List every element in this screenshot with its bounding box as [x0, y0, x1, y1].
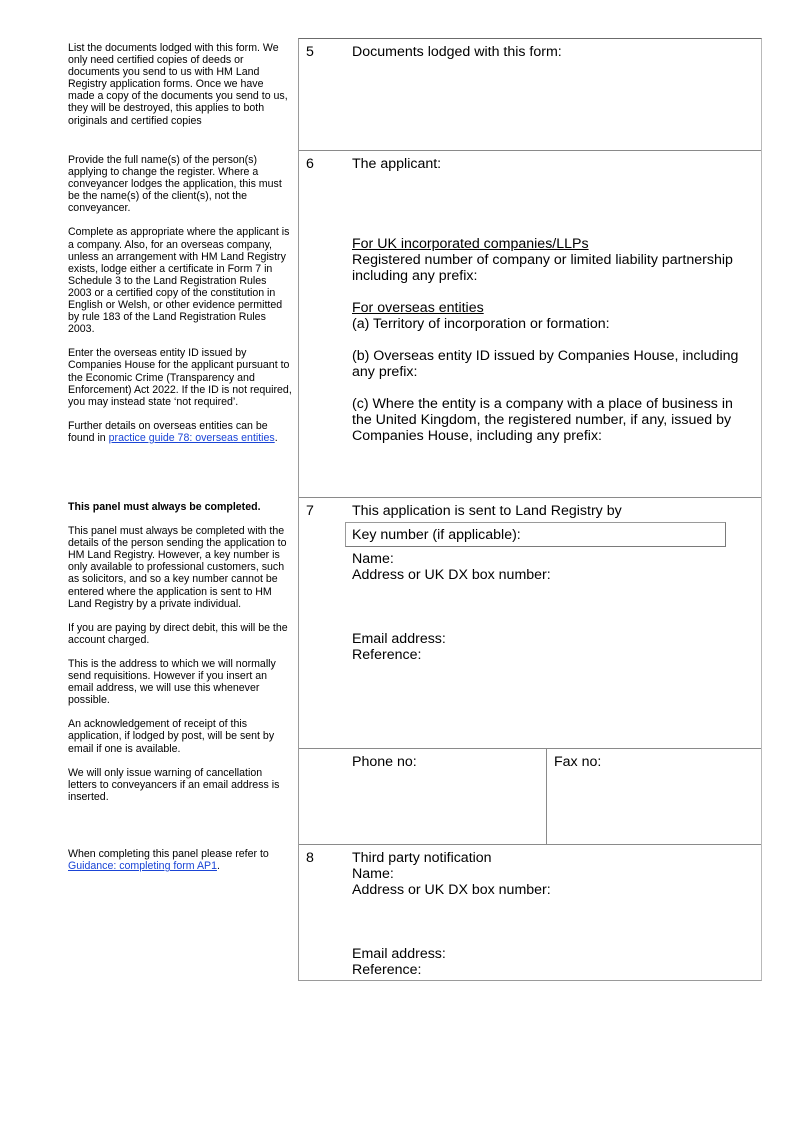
guidance-panel-8: When completing this panel please refer …	[68, 848, 292, 884]
guidance-text: Enter the overseas entity ID issued by C…	[68, 347, 292, 407]
cell-divider	[546, 749, 547, 844]
guidance-panel-7: This panel must always be completed. Thi…	[68, 501, 292, 815]
guidance-panel-5: List the documents lodged with this form…	[68, 42, 292, 139]
panel-number: 6	[306, 156, 314, 172]
panel-8: 8 Third party notification Name: Address…	[299, 845, 761, 981]
panel-6[interactable]: 6 The applicant: For UK incorporated com…	[299, 151, 761, 498]
guidance-text: Provide the full name(s) of the person(s…	[68, 154, 292, 214]
guidance-text-suffix: .	[275, 432, 278, 444]
name-field[interactable]: Name:	[352, 551, 753, 567]
guidance-text: Complete as appropriate where the applic…	[68, 226, 292, 335]
guidance-text-suffix: .	[217, 860, 220, 872]
panel-title: The applicant:	[352, 156, 753, 172]
panel-title: Documents lodged with this form:	[352, 44, 753, 60]
guidance-text: An acknowledgement of receipt of this ap…	[68, 718, 292, 754]
practice-guide-78-link[interactable]: practice guide 78: overseas entities	[109, 432, 275, 444]
panel-number: 8	[306, 850, 314, 866]
email-field[interactable]: Email address:	[352, 631, 753, 647]
guidance-text: This is the address to which we will nor…	[68, 658, 292, 706]
panel-number: 5	[306, 44, 314, 60]
uk-companies-heading: For UK incorporated companies/LLPs	[352, 236, 753, 252]
third-party-reference-field[interactable]: Reference:	[352, 962, 753, 978]
registered-number-field[interactable]: Registered number of company or limited …	[352, 252, 753, 284]
guidance-ap1-link[interactable]: Guidance: completing form AP1	[68, 860, 217, 872]
guidance-text: When completing this panel please refer …	[68, 848, 292, 872]
third-party-name-field[interactable]: Name:	[352, 866, 753, 882]
uk-registered-number-field[interactable]: (c) Where the entity is a company with a…	[352, 396, 753, 444]
third-party-address-field[interactable]: Address or UK DX box number:	[352, 882, 753, 898]
panel-title: This application is sent to Land Registr…	[352, 503, 753, 519]
overseas-entity-id-field[interactable]: (b) Overseas entity ID issued by Compani…	[352, 348, 753, 380]
guidance-text: This panel must always be completed with…	[68, 525, 292, 610]
guidance-text: We will only issue warning of cancellati…	[68, 767, 292, 803]
panel-5[interactable]: 5 Documents lodged with this form:	[299, 39, 761, 151]
form-table: 5 Documents lodged with this form: 6 The…	[298, 38, 762, 981]
guidance-text: If you are paying by direct debit, this …	[68, 622, 292, 646]
guidance-heading: This panel must always be completed.	[68, 501, 292, 513]
guidance-text: List the documents lodged with this form…	[68, 42, 292, 127]
territory-field[interactable]: (a) Territory of incorporation or format…	[352, 316, 753, 332]
guidance-text-prefix: When completing this panel please refer …	[68, 848, 269, 860]
guidance-panel-6: Provide the full name(s) of the person(s…	[68, 154, 292, 456]
fax-field[interactable]: Fax no:	[554, 754, 753, 770]
key-number-field[interactable]: Key number (if applicable):	[345, 522, 726, 547]
third-party-email-field[interactable]: Email address:	[352, 946, 753, 962]
panel-7-contact-row: Phone no: Fax no:	[299, 749, 761, 845]
panel-7: 7 This application is sent to Land Regis…	[299, 498, 761, 749]
reference-field[interactable]: Reference:	[352, 647, 753, 663]
panel-number: 7	[306, 503, 314, 519]
address-field[interactable]: Address or UK DX box number:	[352, 567, 753, 583]
overseas-entities-heading: For overseas entities	[352, 300, 753, 316]
guidance-text: Further details on overseas entities can…	[68, 420, 292, 444]
panel-title: Third party notification	[352, 850, 753, 866]
